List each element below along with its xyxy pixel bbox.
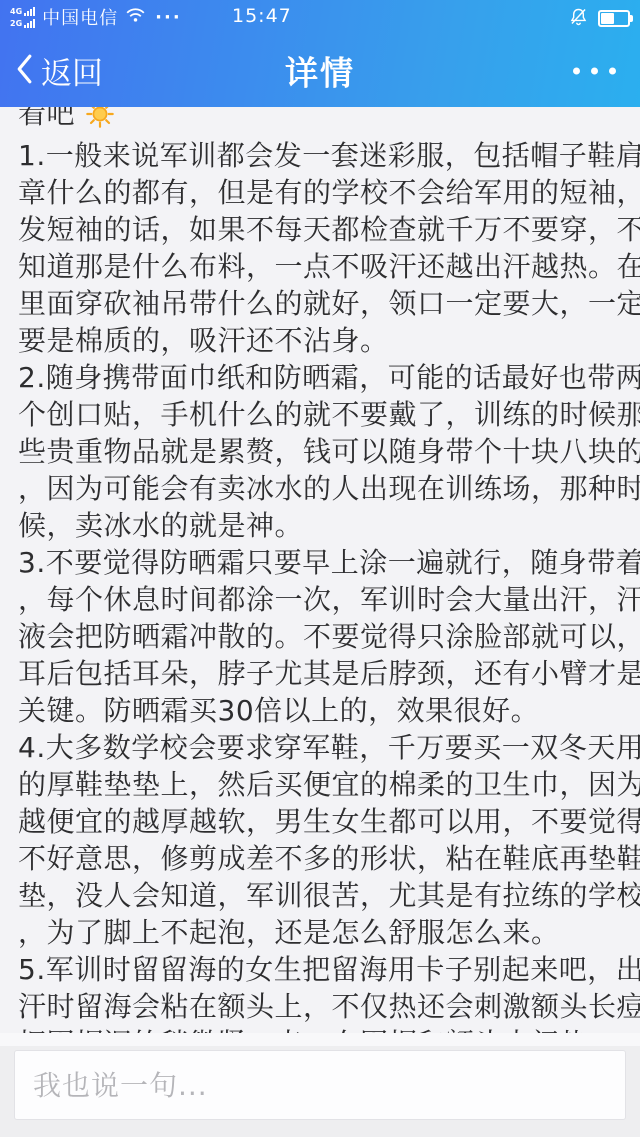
sim1-network-label: 4G: [10, 8, 22, 16]
carrier-name: 中国电信: [42, 4, 118, 30]
more-dot-icon: [591, 67, 598, 74]
nav-bar: 返回 详情: [0, 34, 640, 107]
article-body: 看吧 1.一般来说军训都会发一套迷彩服，包括帽子鞋肩 章什么的都有，但是有的学校…: [0, 107, 640, 1033]
status-left-cluster: 4G 2G 中国电信 ···: [10, 4, 182, 30]
sim1-signal-icon: 4G: [10, 6, 35, 16]
page-title: 详情: [285, 47, 355, 94]
article-text: 1.一般来说军训都会发一套迷彩服，包括帽子鞋肩 章什么的都有，但是有的学校不会给…: [18, 137, 622, 1033]
more-dot-icon: [609, 67, 616, 74]
article-first-line-text: 看吧: [18, 107, 75, 130]
app-header: 4G 2G 中国电信 ···: [0, 0, 640, 107]
sim2-signal-icon: 2G: [10, 18, 35, 28]
article-scroll-area[interactable]: 看吧 1.一般来说军训都会发一套迷彩服，包括帽子鞋肩 章什么的都有，但是有的学校…: [0, 107, 640, 1033]
muted-bell-icon: [568, 6, 589, 31]
back-button[interactable]: 返回: [0, 34, 113, 107]
sim1-signal-bars-icon: [24, 7, 35, 16]
wifi-icon: [125, 7, 146, 27]
more-dot-icon: [573, 67, 580, 74]
article-first-line: 看吧: [18, 107, 622, 137]
back-button-label: 返回: [41, 48, 103, 93]
comment-input[interactable]: [14, 1050, 626, 1120]
sim2-signal-bars-icon: [24, 19, 35, 28]
battery-icon: [598, 10, 630, 27]
sun-emoji-icon: [77, 107, 114, 135]
status-more-dots-icon: ···: [155, 7, 182, 28]
sim2-network-label: 2G: [10, 20, 22, 28]
phone-screen: 4G 2G 中国电信 ···: [0, 0, 640, 1137]
status-bar: 4G 2G 中国电信 ···: [0, 0, 640, 34]
status-right-cluster: [568, 6, 630, 31]
chevron-left-icon: [16, 53, 33, 89]
status-clock: 15:47: [232, 5, 292, 27]
comment-bar: [0, 1033, 640, 1137]
more-menu-button[interactable]: [571, 57, 618, 84]
dual-sim-signal-icon: 4G 2G: [10, 6, 35, 28]
